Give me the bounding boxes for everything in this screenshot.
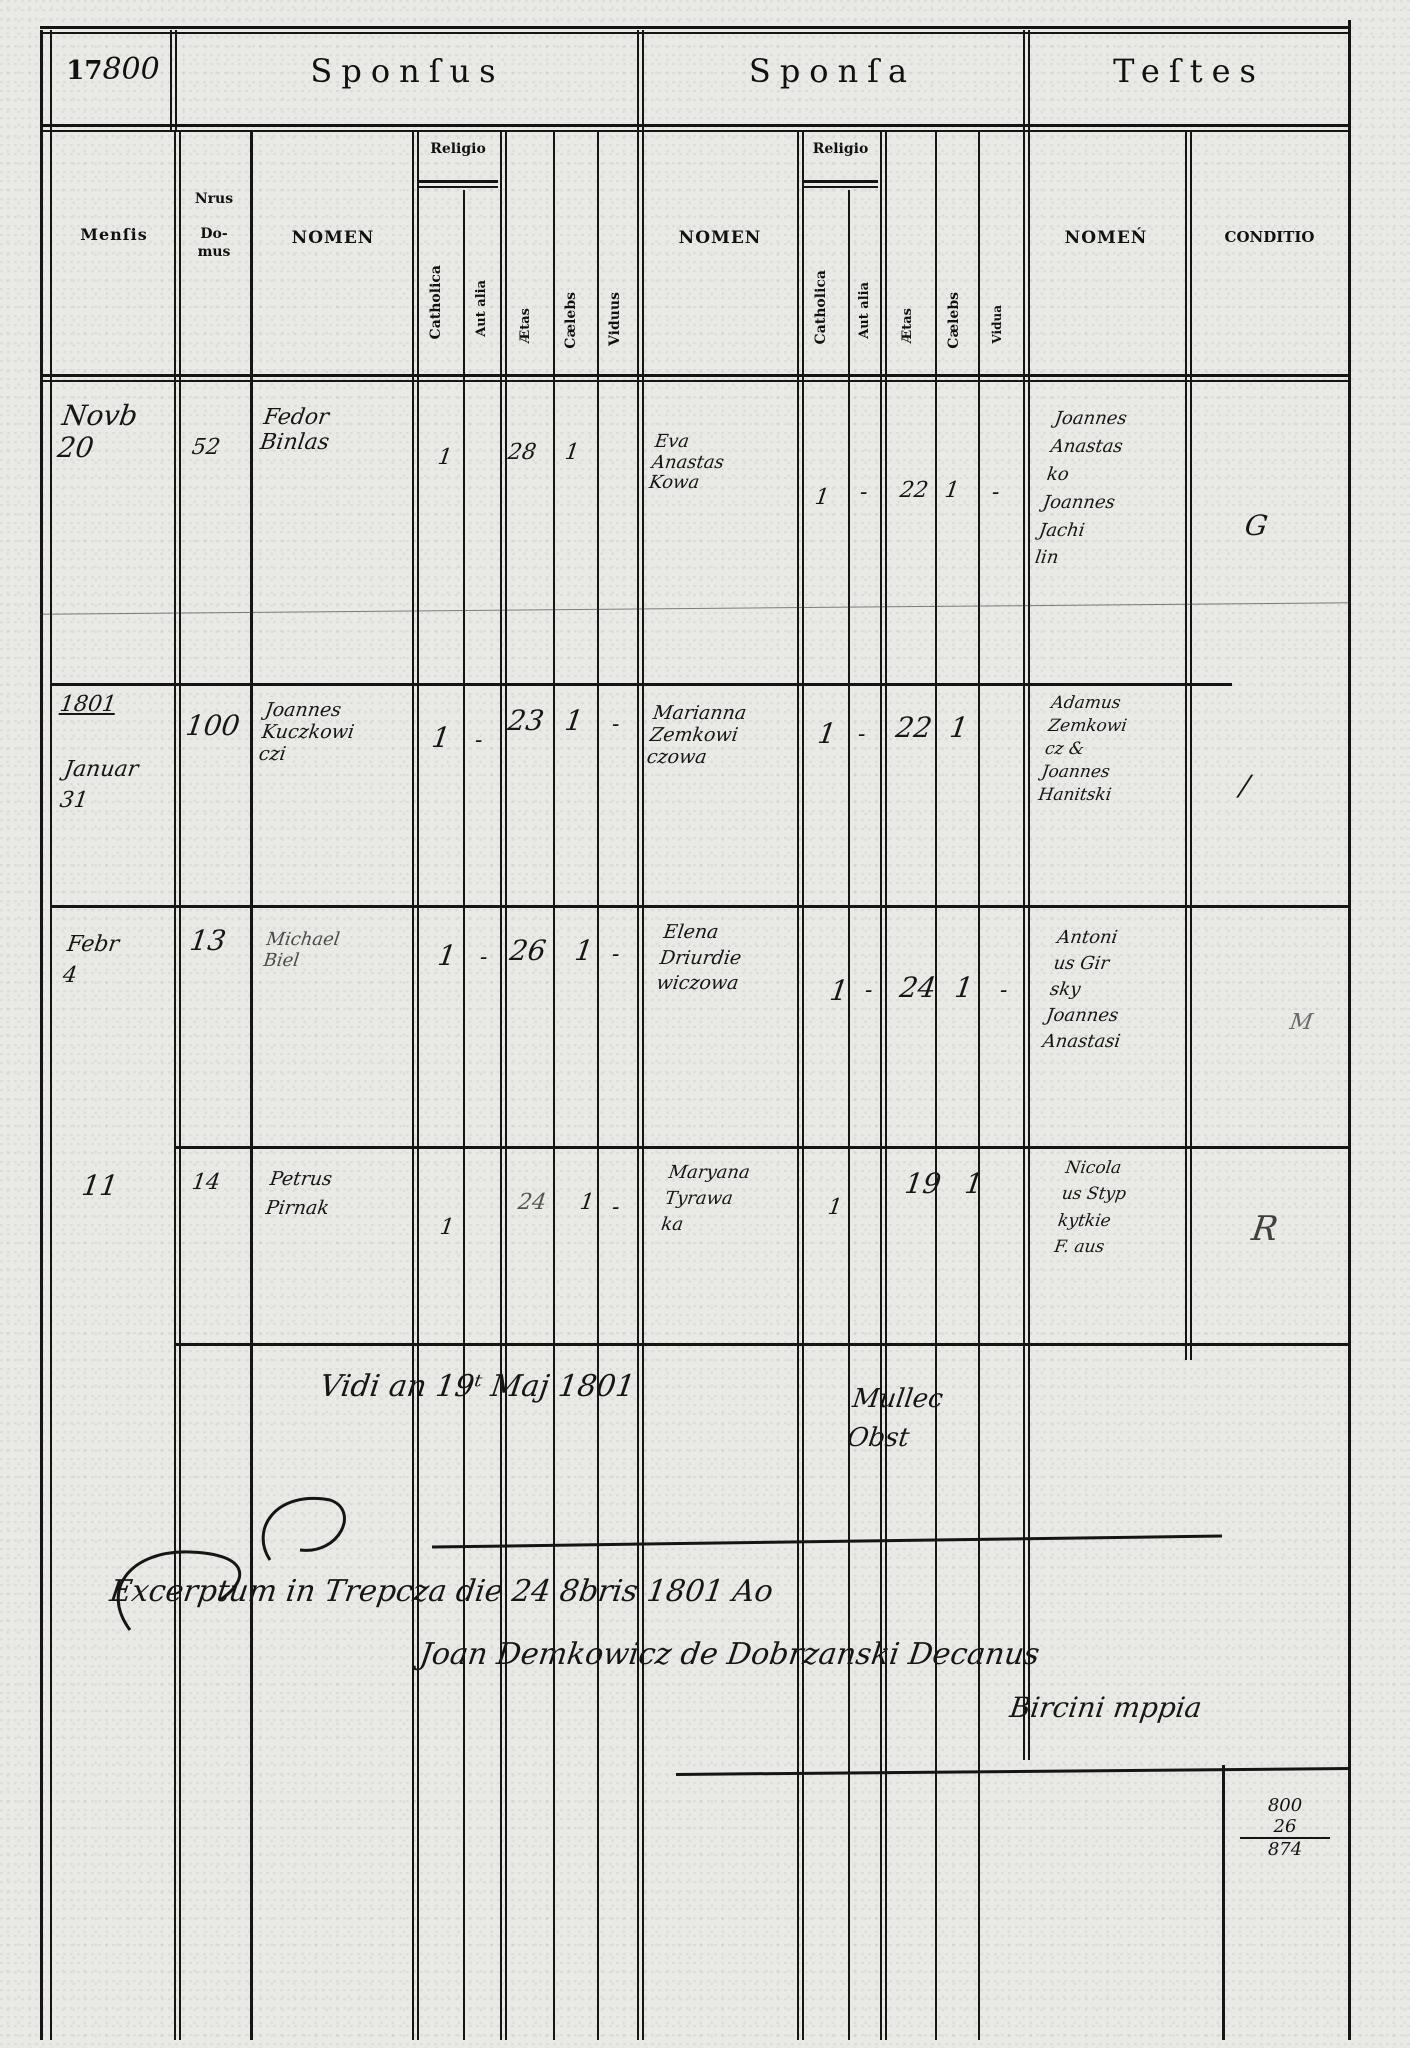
row3-domus: 13 (188, 925, 228, 957)
col-line-sponsus-catholica (463, 190, 465, 2040)
row3-sponsa-vidua: - (998, 978, 1009, 1003)
year-handwritten: 800 (102, 52, 159, 87)
row2-sponsus-aut-alia: - (473, 728, 484, 753)
row4-testes-nomen: Nicola us Styp kytkie F. aus (1053, 1155, 1132, 1260)
row1-testes-nomen: Joannes Anastas ko Joannes Jachi lin (1033, 405, 1128, 572)
row3-sponsus-caelebs: 1 (573, 935, 595, 967)
row2-sponsus-nomen: Joannes Kuczkowi czi (257, 700, 358, 766)
col-header-sponsus-aut-alia: Aut alia (474, 280, 489, 337)
col-line-sponsus-autalia (500, 130, 507, 2040)
row4-testes-conditio: R (1249, 1210, 1280, 1249)
col-header-sponsa-vidua: Vidua (990, 305, 1004, 344)
outer-border-left (40, 30, 43, 2040)
col-header-sponsa-religio: Religio (803, 140, 878, 158)
row1-domus: 52 (190, 435, 222, 460)
row3-sponsa-nomen: Elena Driurdie wiczowa (655, 920, 748, 997)
row2-testes-conditio: / (1238, 770, 1252, 802)
section-title-sponsus: Sponſus (180, 52, 635, 90)
outer-border-right (1348, 20, 1351, 2040)
row1-sponsus-caelebs: 1 (563, 440, 581, 465)
col-line-testes-nomen (1185, 130, 1192, 1360)
col-header-testes-conditio: CONDITIO (1192, 228, 1347, 246)
row4-sponsus-caelebs: 1 (578, 1190, 596, 1215)
row4-sponsus-nomen: Petrus Pirnak (264, 1165, 335, 1222)
calculation-top: 800 (1240, 1795, 1330, 1816)
col-header-sponsa-aut-alia: Aut alia (857, 282, 872, 339)
row1-sponsa-caelebs: 1 (943, 478, 961, 503)
row1-testes-conditio: G (1243, 510, 1270, 542)
col-header-domus: Do- mus (180, 225, 248, 261)
row2-year: 1801 (58, 692, 118, 717)
header-bottom-border (40, 374, 1350, 382)
col-line-mensis (174, 130, 181, 2040)
row2-domus: 100 (184, 710, 242, 742)
header-section-divider (40, 124, 1350, 132)
row1-sponsa-catholica: 1 (813, 485, 831, 510)
col-header-mensis: Menſis (55, 225, 173, 244)
col-line-sponsa-nomen (797, 130, 804, 2040)
calculation-block: 800 26 874 (1240, 1795, 1330, 1860)
row2-sponsa-aut-alia: - (856, 722, 867, 747)
row3-sponsa-aetas: 24 (898, 972, 938, 1004)
row1-sponsus-nomen: Fedor Binlas (258, 405, 334, 456)
row1-sponsa-vidua: - (990, 480, 1001, 505)
col-header-sponsus-caelebs: Cælebs (563, 292, 579, 349)
header-top-border (40, 26, 1350, 34)
row2-testes-nomen: Adamus Zemkowi cz & Joannes Hanitski (1037, 692, 1132, 807)
row4-domus: 14 (190, 1170, 222, 1195)
col-header-nrus: Nrus (180, 190, 248, 208)
row-separator-3 (174, 1146, 1350, 1149)
lower-right-rule (676, 1767, 1350, 1776)
divider-year-sponsus (170, 30, 177, 130)
section-title-testes: Teſtes (1030, 52, 1348, 90)
row2-sponsus-caelebs: 1 (563, 705, 585, 737)
row1-sponsa-nomen: Eva Anastas Kowa (648, 432, 728, 494)
year-header: 17800 (58, 52, 168, 87)
row1-sponsus-aetas: 28 (506, 440, 538, 465)
excerptum-top-rule (432, 1534, 1222, 1548)
col-line-sponsus-caelebs (597, 130, 599, 2040)
row2-sponsa-caelebs: 1 (948, 712, 970, 744)
row2-sponsa-catholica: 1 (816, 718, 838, 750)
col-line-sponsa-catholica (848, 190, 850, 2040)
flourish-ornament (100, 1480, 360, 1660)
vidi-signature: Mullec Obst (845, 1380, 946, 1458)
col-header-sponsus-catholica: Catholica (428, 265, 444, 339)
col-header-sponsus-religio: Religio (418, 140, 498, 158)
row3-sponsus-aut-alia: - (478, 945, 489, 970)
row1-internal-line (40, 602, 1350, 614)
row2-mensis: Januar 31 (58, 755, 141, 817)
row3-sponsus-catholica: 1 (436, 940, 458, 972)
row4-sponsa-nomen: Maryana Tyrawa ka (659, 1160, 751, 1238)
col-line-sponsus-aetas (553, 130, 555, 2040)
row3-mensis: Febr 4 (61, 930, 121, 992)
section-title-sponsa: Sponſa (645, 52, 1020, 90)
row3-sponsus-viduus: - (610, 942, 621, 967)
col-line-sponsa-aetas (935, 130, 937, 2040)
row4-sponsa-aetas: 19 (903, 1168, 943, 1200)
year-printed: 17 (66, 56, 102, 86)
row1-sponsus-catholica: 1 (436, 445, 454, 470)
excerptum-line-3: Bircini mppia (1008, 1692, 1204, 1724)
col-header-sponsus-aetas: Ætas (518, 308, 533, 343)
row-separator-1 (52, 683, 1232, 686)
col-header-sponsa-caelebs: Cælebs (946, 292, 962, 349)
row1-sponsa-aut-alia: - (858, 480, 869, 505)
divider-sponsa-testes (1023, 30, 1030, 1760)
row4-sponsus-aetas: 24 (516, 1190, 548, 1215)
col-header-sponsus-viduus: Viduus (607, 292, 623, 346)
row2-sponsus-aetas: 23 (506, 705, 546, 737)
vidi-annotation: Vidi an 19ᵗ Maj 1801 (318, 1370, 638, 1405)
row-separator-4 (174, 1343, 1350, 1346)
row3-sponsus-nomen: Michael Biel (262, 930, 341, 971)
col-header-testes-nomen: NOMEŃ (1030, 228, 1182, 248)
row2-sponsa-nomen: Marianna Zemkowi czowa (645, 703, 747, 769)
row1-sponsa-aetas: 22 (898, 478, 930, 503)
col-header-sponsa-nomen: NOMEN (645, 228, 795, 248)
religio-rule-sponsus (418, 180, 498, 188)
row3-sponsa-catholica: 1 (828, 975, 850, 1007)
religio-rule-sponsa (803, 180, 878, 188)
calculation-mid: 26 (1240, 1816, 1330, 1839)
lower-right-divider (1222, 1765, 1225, 2040)
divider-sponsus-sponsa (637, 30, 644, 2040)
row3-testes-conditio: M (1288, 1010, 1314, 1035)
col-header-sponsus-nomen: NOMEN (256, 228, 410, 248)
row4-sponsa-caelebs: 1 (963, 1168, 985, 1200)
flourish-icon (100, 1480, 360, 1660)
col-line-nrus (250, 130, 253, 2040)
col-header-sponsa-aetas: Ætas (900, 308, 915, 343)
excerptum-line-2: Joan Demkowicz de Dobrzanski Decanus (418, 1638, 1042, 1673)
row2-sponsus-catholica: 1 (430, 722, 452, 754)
row4-sponsa-catholica: 1 (826, 1195, 844, 1220)
row4-mensis: 11 (80, 1170, 120, 1202)
row3-sponsa-caelebs: 1 (953, 972, 975, 1004)
row4-sponsus-catholica: 1 (438, 1215, 456, 1240)
row2-sponsa-aetas: 22 (894, 712, 934, 744)
outer-border-left-inner (50, 30, 52, 2040)
col-line-sponsa-caelebs (978, 130, 980, 2040)
col-line-sponsa-autalia (880, 130, 887, 2040)
row-separator-2 (52, 905, 1350, 908)
calculation-result: 874 (1240, 1839, 1330, 1860)
row4-sponsus-viduus: - (610, 1195, 621, 1220)
row1-mensis: Novb 20 (55, 400, 139, 464)
row3-testes-nomen: Antoni us Gir sky Joannes Anastasi (1041, 925, 1137, 1055)
col-header-sponsa-catholica: Catholica (813, 270, 829, 344)
row3-sponsa-aut-alia: - (863, 978, 874, 1003)
row2-sponsus-viduus: - (610, 712, 621, 737)
col-line-sponsus-nomen (412, 130, 419, 2040)
row3-sponsus-aetas: 26 (508, 935, 548, 967)
